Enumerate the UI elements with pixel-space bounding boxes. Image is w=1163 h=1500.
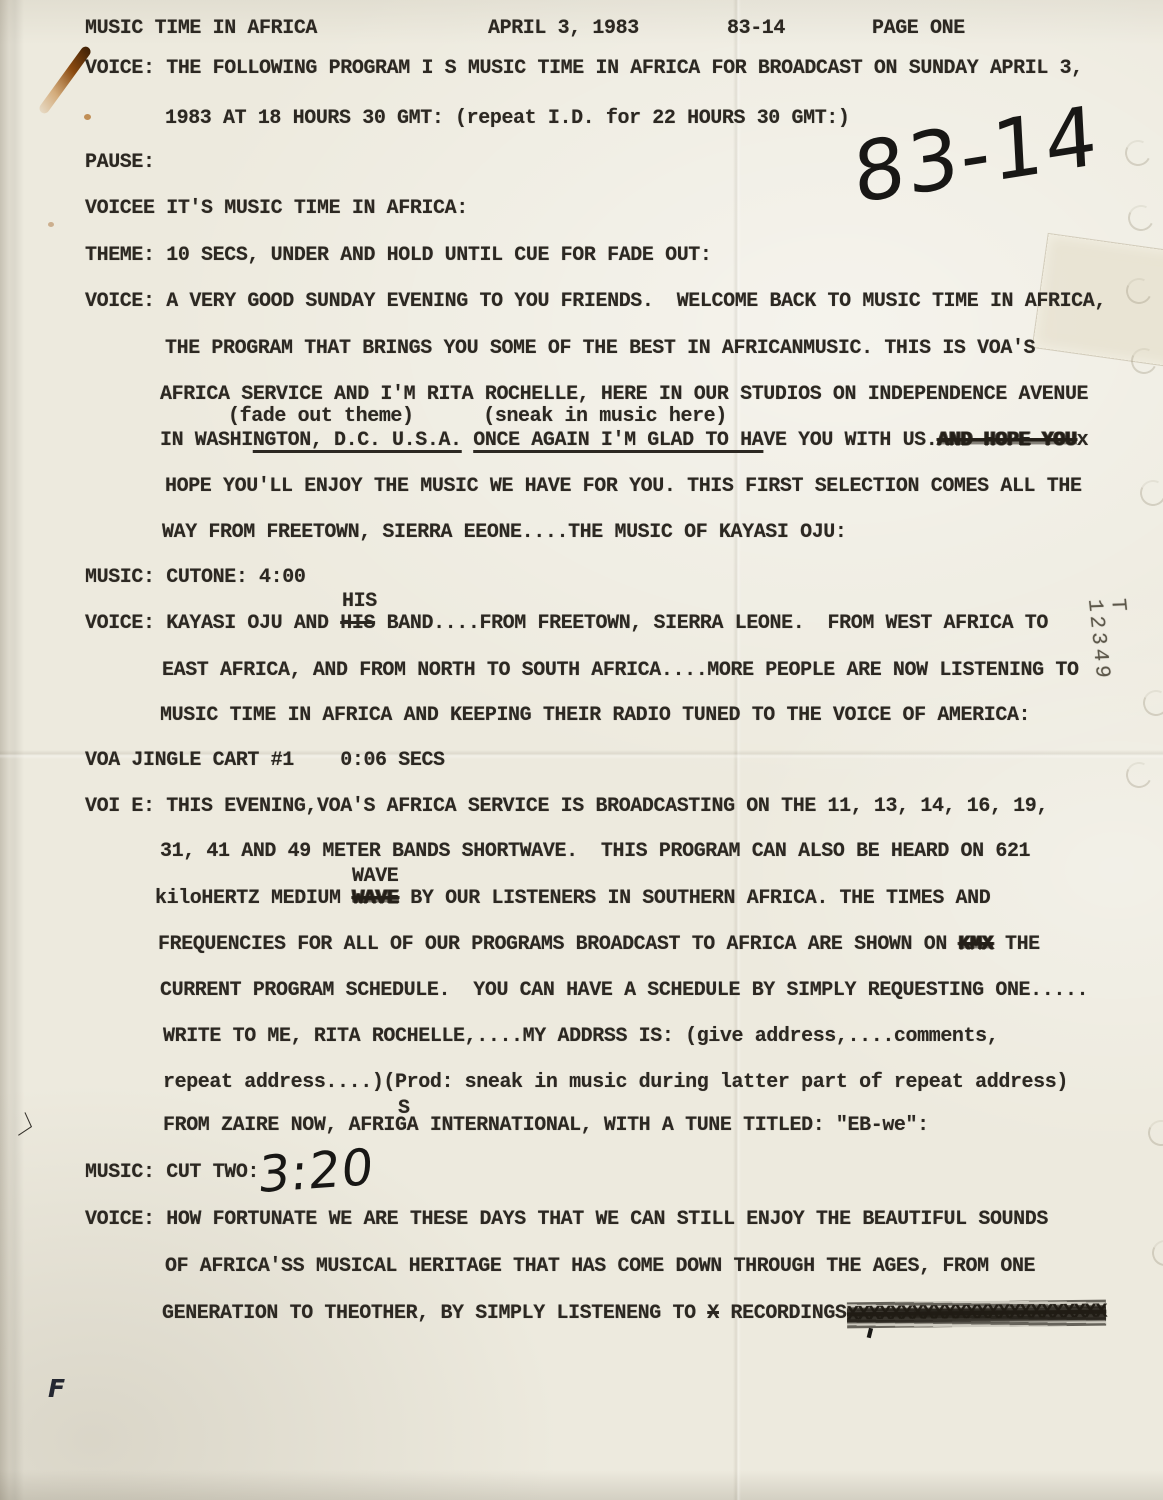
script-text-segment: OF AFRICA'SS MUSICAL HERITAGE THAT HAS C… [165,1255,1035,1278]
script-line: PAUSE: [85,150,155,176]
header-date: APRIL 3, 1983 [488,16,639,42]
script-text-segment: AND HOPE YOU [937,429,1076,452]
script-line: THEME: 10 SECS, UNDER AND HOLD UNTIL CUE… [85,243,712,269]
script-text-segment [462,429,474,452]
ring-mark [1123,759,1156,792]
ring-mark [1149,1237,1163,1270]
script-text-segment: WRITE TO ME, RITA ROCHELLE,....MY ADDRSS… [163,1025,998,1048]
script-text-segment: THEME: 10 SECS, UNDER AND HOLD UNTIL CUE… [85,244,712,267]
script-line: OF AFRICA'SS MUSICAL HERITAGE THAT HAS C… [165,1254,1035,1280]
script-text-segment: HIS [342,590,377,613]
archive-number-stamp: T 12349 [1082,598,1137,682]
script-line: VOI E: THIS EVENING,VOA'S AFRICA SERVICE… [85,794,1048,820]
handwritten-episode-number: 83-14 [851,88,1101,222]
script-line: VOA JINGLE CART #1 0:06 SECS [85,748,445,774]
script-line: VOICE: THE FOLLOWING PROGRAM I S MUSIC T… [85,56,1083,82]
ring-mark [1122,137,1155,170]
script-text-segment: VOI E: THIS EVENING,VOA'S AFRICA SERVICE… [85,795,1048,818]
script-text-segment: THE [993,933,1039,956]
script-line: WRITE TO ME, RITA ROCHELLE,....MY ADDRSS… [163,1024,998,1050]
script-text-segment: MUSIC: CUT TWO: [85,1161,259,1184]
script-line: repeat address....)(Prod: sneak in music… [163,1070,1068,1096]
script-text-segment: CURRENT PROGRAM SCHEDULE. YOU CAN HAVE A… [160,979,1088,1002]
script-line: 31, 41 AND 49 METER BANDS SHORTWAVE. THI… [160,839,1030,865]
script-text-segment: VOICE: HOW FORTUNATE WE ARE THESE DAYS T… [85,1208,1048,1231]
script-line: VOICEE IT'S MUSIC TIME IN AFRICA: [85,196,468,222]
script-text-segment: IN WASHI [160,429,253,452]
script-text-segment: 31, 41 AND 49 METER BANDS SHORTWAVE. THI… [160,840,1030,863]
script-text-segment: KMX [959,933,994,956]
script-text-segment: (fade out theme) (sneak in music here) [228,405,727,428]
left-margin-pencil-mark: 〉 [15,1105,50,1148]
script-line: VOICE: A VERY GOOD SUNDAY EVENING TO YOU… [85,289,1106,315]
script-line: VOICE: KAYASI OJU AND HIS BAND....FROM F… [85,611,1048,637]
ring-mark [1137,477,1163,510]
ring-mark [1145,1117,1163,1150]
script-line: kiloHERTZ MEDIUM WAVE BY OUR LISTENERS I… [155,886,990,912]
script-text-segment: XXXXXXXXXXXXXXXXXXXXXXXX [846,1300,1106,1329]
script-text-segment: kiloHERTZ MEDIUM [155,887,352,910]
script-text-segment: PAUSE: [85,151,155,174]
script-text-segment: x [1077,429,1089,452]
script-line: FROM ZAIRE NOW, AFRIGA INTERNATIONAL, WI… [163,1113,929,1139]
stain-dot [48,222,54,227]
header-page-number: PAGE ONE [872,16,965,42]
script-line: MUSIC TIME IN AFRICA AND KEEPING THEIR R… [160,703,1030,729]
script-text-segment: FREQUENCIES FOR ALL OF OUR PROGRAMS BROA… [158,933,959,956]
ring-mark [1125,202,1158,235]
script-text-segment: WAY FROM FREETOWN, SIERRA EEONE....THE M… [162,521,847,544]
script-text-segment: RECORDINGS [719,1302,847,1325]
script-line: HOPE YOU'LL ENJOY THE MUSIC WE HAVE FOR … [165,474,1082,500]
script-text-segment: AFRICA SERVICE AND I'M RITA ROCHELLE, HE… [160,383,1088,406]
script-text-segment: HIS [340,612,375,635]
script-text-segment: THE PROGRAM THAT BRINGS YOU SOME OF THE … [165,337,1035,360]
script-text-segment: FROM ZAIRE NOW, AFRIGA INTERNATIONAL, WI… [163,1114,929,1137]
script-text-segment: VOICE: THE FOLLOWING PROGRAM I S MUSIC T… [85,57,1083,80]
script-line: VOICE: HOW FORTUNATE WE ARE THESE DAYS T… [85,1207,1048,1233]
script-text-segment: ONCE AGAIN I'M GLAD TO HA [473,429,763,452]
script-line: EAST AFRICA, AND FROM NORTH TO SOUTH AFR… [162,658,1079,684]
script-text-segment: GENERATION TO THEOTHER, BY SIMPLY LISTEN… [162,1302,707,1325]
script-line: MUSIC: CUT TWO: [85,1160,259,1186]
script-text-segment: VOICE: KAYASI OJU AND [85,612,340,635]
script-text-segment: NGTON, D.C. U.S.A. [253,429,462,452]
script-text-segment: WAVE [352,887,398,910]
scanned-script-page: MUSIC TIME IN AFRICA APRIL 3, 1983 83-14… [0,0,1163,1500]
handwritten-cut-duration: 3:20 [256,1138,376,1205]
script-line: IN WASHINGTON, D.C. U.S.A. ONCE AGAIN I'… [160,428,1088,454]
ring-mark [1140,687,1163,720]
script-line: THE PROGRAM THAT BRINGS YOU SOME OF THE … [165,336,1035,362]
script-text-segment: WAVE [352,865,398,888]
script-text-segment: MUSIC TIME IN AFRICA AND KEEPING THEIR R… [160,704,1030,727]
script-text-segment: VOA JINGLE CART #1 0:06 SECS [85,749,445,772]
bottom-margin-pencil-mark: F [48,1374,65,1403]
stain-dot [84,114,91,120]
script-text-segment: 1983 AT 18 HOURS 30 GMT: (repeat I.D. fo… [165,107,850,130]
script-text-segment: MUSIC: CUTONE: 4:00 [85,566,305,589]
script-text-segment: X [707,1302,719,1325]
script-line: FREQUENCIES FOR ALL OF OUR PROGRAMS BROA… [158,932,1040,958]
script-text-segment: VOICE: A VERY GOOD SUNDAY EVENING TO YOU… [85,290,1106,313]
script-text-segment: repeat address....)(Prod: sneak in music… [163,1071,1068,1094]
script-line: MUSIC: CUTONE: 4:00 [85,565,305,591]
script-line: (fade out theme) (sneak in music here) [228,404,727,430]
script-line: 1983 AT 18 HOURS 30 GMT: (repeat I.D. fo… [165,106,850,132]
header-program-title: MUSIC TIME IN AFRICA [85,16,317,42]
header-episode-number: 83-14 [727,16,785,42]
script-text-segment: EAST AFRICA, AND FROM NORTH TO SOUTH AFR… [162,659,1079,682]
script-line: CURRENT PROGRAM SCHEDULE. YOU CAN HAVE A… [160,978,1088,1004]
script-text-segment: VE YOU WITH US. [763,429,937,452]
script-text-segment: BY OUR LISTENERS IN SOUTHERN AFRICA. THE… [399,887,991,910]
script-text-segment: HOPE YOU'LL ENJOY THE MUSIC WE HAVE FOR … [165,475,1082,498]
script-text-segment: VOICEE IT'S MUSIC TIME IN AFRICA: [85,197,468,220]
script-line: WAY FROM FREETOWN, SIERRA EEONE....THE M… [162,520,847,546]
script-text-segment: BAND....FROM FREETOWN, SIERRA LEONE. FRO… [375,612,1048,635]
script-line: GENERATION TO THEOTHER, BY SIMPLY LISTEN… [162,1301,1106,1327]
